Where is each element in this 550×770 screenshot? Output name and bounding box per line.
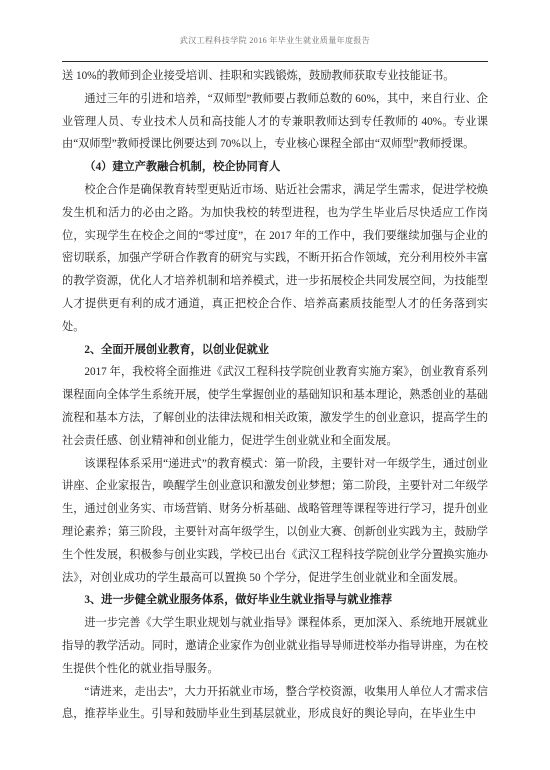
paragraph: 校企合作是确保教育转型更贴近市场、贴近社会需求，满足学生需求，促进学校焕发生机和… <box>62 179 488 339</box>
header-rule-divider <box>62 61 488 62</box>
paragraph-last: “请进来，走出去”，大力开拓就业市场，整合学校资源，收集用人单位人才需求信息，推… <box>62 681 488 727</box>
paragraph: 通过三年的引进和培养，“双师型”教师要占教师总数的 60%，其中，来自行业、企业… <box>62 88 488 156</box>
section-heading-2: 2、全面开展创业教育，以创业促就业 <box>62 339 488 362</box>
paragraph: 进一步完善《大学生职业规划与就业指导》课程体系，更加深入、系统地开展就业指导的教… <box>62 612 488 680</box>
paragraph: 该课程体系采用“递进式”的教育模式：第一阶段，主要针对一年级学生，通过创业讲座、… <box>62 453 488 590</box>
section-heading-4: （4）建立产教融合机制，校企协同育人 <box>62 156 488 179</box>
paragraph-continuation: 送 10%的教师到企业接受培训、挂职和实践锻炼，鼓励教师获取专业技能证书。 <box>62 65 488 88</box>
document-body: 送 10%的教师到企业接受培训、挂职和实践锻炼，鼓励教师获取专业技能证书。 通过… <box>62 65 488 726</box>
page-header-title: 武汉工程科技学院 2016 年毕业生就业质量年度报告 <box>180 36 370 45</box>
section-heading-3: 3、进一步健全就业服务体系，做好毕业生就业指导与就业推荐 <box>62 589 488 612</box>
page-header: 武汉工程科技学院 2016 年毕业生就业质量年度报告 <box>62 35 488 46</box>
paragraph: 2017 年，我校将全面推进《武汉工程科技学院创业教育实施方案》，创业教育系列课… <box>62 361 488 452</box>
document-page: 武汉工程科技学院 2016 年毕业生就业质量年度报告 送 10%的教师到企业接受… <box>0 0 550 770</box>
